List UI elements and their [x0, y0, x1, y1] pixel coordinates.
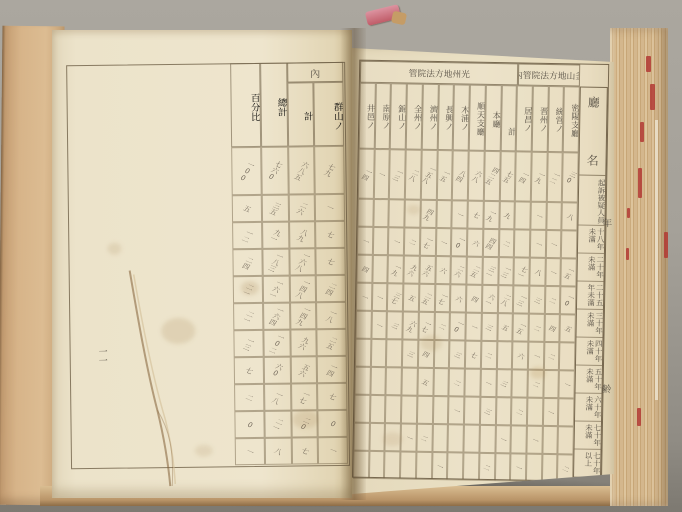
table-cell: 一0 [451, 228, 467, 256]
cell-value: 一七 [420, 319, 433, 333]
table-cell: 七 [292, 437, 318, 464]
table-cell: 九六 [404, 255, 420, 283]
cell-value: 七 [300, 447, 310, 456]
right-page: 內管院法方地山釜 管院法方地州光 廳名 起訴被疑人員十八年未滿二十年未滿二十五年… [352, 42, 614, 498]
cell-value: 五 [500, 323, 509, 331]
table-cell [479, 425, 495, 453]
table-cell: 一 [528, 342, 544, 370]
table-cell: 一七 [291, 383, 317, 410]
cell-value: 二 [561, 464, 570, 472]
table-cell: 五六 [419, 256, 435, 284]
cell-value: 八九 [296, 228, 309, 243]
cell-value: 三 [483, 407, 492, 415]
table-cell [561, 230, 577, 258]
corner-spacer [580, 65, 608, 87]
table-cell: 一六一 [263, 276, 290, 303]
cell-value: 三 [453, 350, 462, 358]
cell-value: 二五 [325, 335, 338, 350]
table-cell: 一三 [389, 149, 406, 199]
cell-value: 二 [420, 434, 429, 442]
cell-value: 一 [377, 170, 386, 178]
row-label: 七十年未滿 [575, 421, 601, 449]
cell-value: 三一 [484, 264, 497, 278]
table-cell: 一八三 [262, 249, 289, 276]
cell-value: 一七 [436, 291, 449, 305]
table-cell: 五 [560, 314, 576, 342]
table-cell: 六八 [468, 151, 485, 201]
table-cell: 二 [528, 314, 544, 342]
table-cell: 四四 [483, 229, 499, 257]
table-cell: 六九 [403, 311, 419, 339]
table-cell [372, 255, 388, 283]
cell-value: 一0二 [268, 332, 286, 354]
table-cell [464, 369, 480, 397]
cell-value: 一 [562, 380, 571, 388]
paper-stain [407, 205, 421, 215]
cell-value: 二 [548, 296, 557, 304]
table-cell: 八 [529, 258, 545, 286]
row-label: 二十年未滿 [578, 254, 604, 282]
cell-value: 一四八 [294, 279, 311, 300]
cell-value: 六八五 [293, 160, 310, 181]
table-cell: 二 [545, 286, 561, 314]
cell-value: 一 [498, 435, 507, 443]
cell-value: 一五八 [421, 165, 438, 184]
cell-value: 七九 [323, 163, 336, 178]
table-cell: 一六八 [289, 248, 315, 275]
table-cell: 二五 [419, 284, 435, 312]
cell-value: 七 [325, 230, 335, 239]
cell-value: 一 [549, 240, 558, 248]
cell-value: 四二五 [484, 166, 501, 185]
table-cell [417, 396, 433, 424]
cell-value: 一九 [389, 262, 402, 276]
cell-value: 一七 [421, 235, 434, 249]
table-cell: 一 [480, 369, 496, 397]
cell-value: 二五 [420, 291, 433, 305]
cell-value: 五 [406, 293, 415, 301]
right-page-stack-fore-edge [610, 28, 668, 506]
table-cell: 一 [432, 452, 448, 480]
table-cell: 一 [559, 370, 575, 398]
table-cell [373, 199, 389, 227]
table-cell [386, 367, 402, 395]
cell-value: 一 [531, 352, 540, 360]
table-cell: 一八 [264, 384, 291, 411]
row-label: 六十年未滿 [575, 393, 601, 421]
left-page: 內群山ノ七九一七七二四一八二五一四七0一計六八五二六八九一六八一四八一四九九六五… [52, 30, 352, 498]
cell-value: 七 [468, 351, 477, 359]
table-cell: 一九 [388, 255, 404, 283]
row-label: 二十五年未滿 [577, 282, 603, 310]
table-cell: 二 [416, 424, 432, 452]
table-cell: 九一 [262, 222, 289, 249]
table-cell [432, 424, 448, 452]
table-cell: 一三 [498, 257, 514, 285]
table-cell: 二八 [497, 285, 513, 313]
table-cell: 一 [465, 313, 481, 341]
cell-value: 六 [438, 266, 447, 274]
table-cell: 一 [495, 425, 511, 453]
table-cell: 二 [511, 397, 527, 425]
table-cell: 七六0 [261, 147, 289, 195]
paper-stain [530, 367, 546, 379]
table-cell: 一二 [232, 222, 262, 249]
table-cell [371, 339, 387, 367]
table-cell: 六八五 [288, 146, 315, 194]
table-cell: 二五 [466, 257, 482, 285]
cell-value: 一五 [514, 321, 527, 335]
cell-value: 一四九 [295, 306, 312, 327]
cell-value: 三七 [389, 290, 402, 304]
cell-value: 二五 [468, 264, 481, 278]
paper-stain [420, 335, 442, 351]
table-cell: 五 [417, 368, 433, 396]
table-cell [386, 339, 402, 367]
table-cell: 一四八 [290, 275, 316, 302]
cell-value: 八 [533, 268, 542, 276]
cell-value: 一 [439, 238, 448, 246]
table-cell [384, 451, 400, 479]
table-cell: 三 [529, 286, 545, 314]
page-number: 一一 [96, 347, 109, 365]
table-cell: 一五 [513, 313, 529, 341]
cell-value: 二六 [452, 264, 465, 278]
table-cell: 六 [512, 341, 528, 369]
table-cell: 二 [449, 368, 465, 396]
table-cell: 二 [498, 229, 514, 257]
headband-nub [391, 11, 407, 26]
table-cell [542, 454, 558, 482]
cell-value: 一 [328, 446, 338, 455]
table-cell: 一 [388, 227, 404, 255]
table-cell: 二 [544, 342, 560, 370]
column-header: 晋州ノ [532, 86, 549, 152]
table-cell: 四九 [420, 200, 436, 228]
cell-value: 一四 [325, 362, 338, 377]
cell-value: 三五 [269, 201, 282, 216]
cell-value: 一0 [452, 235, 466, 250]
cell-value: 九六 [405, 263, 418, 277]
cell-value: 七五 [501, 169, 514, 183]
table-cell: 一七 [420, 228, 436, 256]
cell-value: 一0 [451, 319, 465, 334]
column-header: 全州ノ [406, 83, 423, 149]
cell-value: 三 [485, 323, 494, 331]
row-label: 四十年未滿 [576, 337, 602, 365]
column-header: 木浦ノ [453, 84, 470, 150]
cell-value: 一 [404, 433, 413, 441]
group-header-continuation: 內 [287, 62, 343, 83]
table-cell: 九 [499, 201, 515, 229]
table-cell: 五 [403, 283, 419, 311]
red-edge-mark [626, 248, 629, 260]
table-cell [526, 454, 542, 482]
red-edge-mark [646, 56, 651, 72]
table-cell: 三 [449, 340, 465, 368]
table-cell: 二六 [451, 256, 467, 284]
column-header: 長興ノ [437, 84, 454, 150]
cell-value: 一八 [271, 390, 284, 405]
cell-value: 七 [326, 257, 336, 266]
cell-value: 二八 [407, 168, 420, 182]
paper-slip-in-page-stack [655, 120, 658, 400]
cell-value: 五 [563, 324, 572, 332]
column-header: 密陽支廳 [563, 86, 580, 152]
column-header: 統営ノ [547, 86, 564, 152]
table-cell [370, 395, 386, 423]
table-cell: 八 [562, 202, 578, 230]
cell-value: 一六四 [268, 306, 285, 327]
table-cell: 八四 [452, 150, 469, 200]
table-cell: 一0二 [263, 330, 290, 357]
table-cell [558, 398, 574, 426]
cell-value: 二 [484, 351, 493, 359]
cell-value: 一00 [237, 160, 255, 182]
column-header: 總計 [260, 63, 288, 147]
cell-value: 一 [484, 379, 493, 387]
table-cell: 五 [497, 313, 513, 341]
table-cell: 一四 [515, 151, 532, 201]
cell-value: 一 [452, 406, 461, 414]
table-cell: 六一 [482, 285, 498, 313]
table-cell: 一九 [483, 201, 499, 229]
table-cell: 四 [466, 285, 482, 313]
cell-value: 二 [532, 324, 541, 332]
cell-value: 二一 [271, 417, 284, 432]
table-cell: 一 [374, 149, 391, 199]
table-cell [433, 368, 449, 396]
table-cell [495, 397, 511, 425]
column-header: 本廳 [485, 85, 502, 151]
table-cell: 六 [467, 229, 483, 257]
table-cell [401, 395, 417, 423]
cell-value: 一六八 [294, 252, 311, 273]
cell-value: 八四 [454, 169, 467, 183]
cell-value: 一五 [438, 168, 451, 182]
table-cell: 一 [448, 396, 464, 424]
table-cell: 一 [530, 202, 546, 230]
table-cell: 二 [479, 453, 495, 481]
red-edge-mark [627, 208, 630, 218]
page-crease [108, 259, 251, 491]
table-cell [463, 453, 479, 481]
cell-value: 一 [469, 323, 478, 331]
column-header: 計 [287, 82, 314, 146]
table-cell: 二 [557, 454, 573, 482]
table-cell [447, 452, 463, 480]
cell-value: 六0 [270, 362, 284, 378]
cell-value: 一 [455, 210, 464, 218]
cell-value: 二 [502, 239, 511, 247]
cell-value: 二 [407, 237, 416, 245]
table-cell: 一二 [547, 152, 564, 202]
cell-value: 七 [471, 211, 480, 219]
table-cell: 三 [387, 311, 403, 339]
table-cell [433, 396, 449, 424]
cell-value: 九 [502, 211, 511, 219]
table-cell: 三 [481, 313, 497, 341]
table-cell: 一六四 [263, 303, 290, 330]
cell-value: 一九 [485, 208, 498, 222]
table-cell [400, 451, 416, 479]
table-cell: 五 [232, 195, 262, 222]
table-cell: 一七 [434, 284, 450, 312]
table-cell [559, 342, 575, 370]
table-cell: 三五 [262, 195, 289, 222]
table-cell: 七 [465, 341, 481, 369]
table-cell: 一五 [436, 150, 453, 200]
cell-value: 七六0 [266, 160, 284, 182]
table-cell: 三七 [387, 283, 403, 311]
table-cell: 二一 [264, 411, 291, 438]
table-cell: 一 [526, 426, 542, 454]
table-cell: 一三 [513, 285, 529, 313]
table-cell [402, 367, 418, 395]
table-cell [436, 200, 452, 228]
table-cell: 一0 [560, 286, 576, 314]
book-gutter-shadow [340, 28, 366, 500]
cell-value: 三 [532, 296, 541, 304]
table-cell: 一 [435, 228, 451, 256]
red-edge-mark [664, 232, 668, 258]
table-cell: 四二五 [484, 151, 501, 201]
cell-value: 一 [514, 463, 523, 471]
table-cell: 一00 [231, 147, 262, 195]
table-cell: 一九 [531, 152, 548, 202]
paper-stain [107, 243, 121, 255]
left-page-content: 內群山ノ七九一七七二四一八二五一四七0一計六八五二六八九一六八一四八一四九九六五… [50, 28, 356, 500]
table-cell: 三 [480, 397, 496, 425]
table-cell: 一五八 [421, 150, 438, 200]
table-cell [370, 367, 386, 395]
cell-value: 一 [530, 436, 539, 444]
cell-value: 六九 [404, 319, 417, 333]
cell-value: 四九 [422, 207, 435, 221]
table-cell [389, 199, 405, 227]
group-header-busan: 內管院法方地山釜 [518, 63, 581, 86]
column-header: 濟州ノ [422, 84, 439, 150]
table-cell: 六0 [264, 357, 291, 384]
column-header: 百分比 [230, 63, 261, 147]
corner-header: 廳名 [579, 88, 606, 176]
right-table: 內管院法方地山釜 管院法方地州光 廳名 起訴被疑人員十八年未滿二十年未滿二十五年… [352, 60, 609, 482]
cell-value: 九一 [269, 228, 282, 243]
photograph-of-open-book: { "document": { "type": "historical-stat… [0, 0, 682, 512]
age-span-label-bottom: 齢 [599, 384, 609, 394]
cell-value: 五六 [421, 263, 434, 277]
table-cell: 一 [545, 258, 561, 286]
cell-value: 六 [516, 351, 525, 359]
column-header: 錦山ノ [390, 83, 407, 149]
cell-value: 六 [470, 239, 479, 247]
table-cell: 一 [543, 398, 559, 426]
cell-value: 一 [548, 268, 557, 276]
cell-value: 二 [515, 407, 524, 415]
table-cell: 八 [265, 438, 292, 465]
table-cell: 二八 [405, 149, 422, 199]
red-edge-mark [638, 168, 642, 198]
cell-value: 一六一 [268, 279, 285, 300]
table-cell: 五六 [291, 356, 317, 383]
table-cell: 一 [546, 230, 562, 258]
table-cell: 六 [450, 284, 466, 312]
cell-value: 二六 [295, 201, 308, 216]
cell-value: 四四 [484, 236, 497, 250]
table-cell: 一0 [450, 312, 466, 340]
cell-value: 一二 [548, 170, 561, 184]
column-header: 計 [500, 85, 517, 151]
table-cell [369, 451, 385, 479]
cell-value: 一 [392, 237, 401, 245]
table-cell: 一 [371, 311, 387, 339]
table-cell [494, 453, 510, 481]
column-header: 南原ノ [374, 83, 391, 149]
age-span-label-top: 年 [600, 218, 610, 228]
table-cell [542, 426, 558, 454]
red-edge-mark [650, 84, 655, 110]
table-cell [448, 424, 464, 452]
table-cell: 七 [467, 201, 483, 229]
cell-value: 八 [274, 447, 284, 456]
row-label: 五十年未滿 [576, 365, 602, 393]
table-cell: 九六 [290, 329, 316, 356]
table-cell [416, 452, 432, 480]
row-header-column: 廳名 起訴被疑人員十八年未滿二十年未滿二十五年未滿三十年未滿四十年未滿五十年未滿… [573, 87, 608, 507]
table-cell [385, 395, 401, 423]
cell-value: 一九 [533, 170, 546, 184]
table-cell: 三 [496, 369, 512, 397]
group-header-gwangju: 管院法方地州光 [360, 61, 518, 86]
table-cell: 三 [402, 339, 418, 367]
cell-value: 一三 [499, 264, 512, 278]
cell-value: 二八 [499, 292, 512, 306]
corner-header-char: 名 [587, 152, 599, 169]
cell-value: 三0 [564, 170, 578, 185]
cell-value: 一七 [298, 390, 311, 405]
cell-value: 一二 [241, 228, 254, 243]
table-cell [511, 425, 527, 453]
table-cell [464, 397, 480, 425]
cell-value: 一0 [562, 293, 576, 308]
row-label: 三十年未滿 [577, 309, 603, 337]
cell-value: 一 [374, 321, 383, 329]
table-cell [512, 369, 528, 397]
cell-value: 一八三 [268, 252, 285, 273]
table-cell [546, 202, 562, 230]
table-cell: 一 [372, 283, 388, 311]
cell-value: 七一 [515, 265, 528, 279]
column-header: 居昌ノ [516, 85, 533, 151]
table-cell: 七一 [514, 257, 530, 285]
cell-value: 四 [547, 324, 556, 332]
table-cell [558, 426, 574, 454]
table-cell [496, 341, 512, 369]
cell-value: 四 [469, 295, 478, 303]
table-cell [515, 201, 531, 229]
cell-value: 八 [565, 212, 574, 220]
table-cell [373, 227, 389, 255]
table-cell: 六 [435, 256, 451, 284]
red-edge-mark [640, 122, 644, 142]
cell-value: 二 [437, 322, 446, 330]
cell-value: 二 [531, 380, 540, 388]
cell-value: 三 [499, 379, 508, 387]
cell-value: 一 [435, 462, 444, 470]
cell-value: 九六 [297, 336, 310, 351]
table-cell: 二 [404, 227, 420, 255]
cell-value: 六八 [470, 169, 483, 183]
